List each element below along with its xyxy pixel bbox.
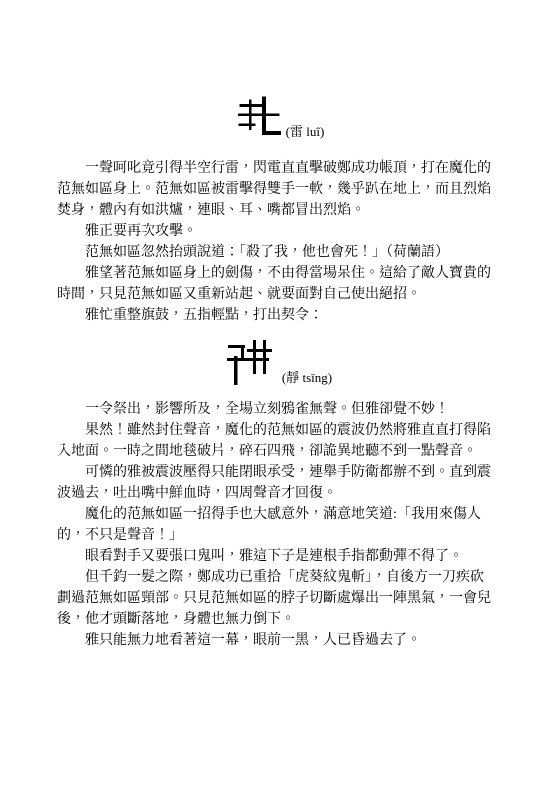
text-line: 魔化的范無如區一招得手也大感意外，滿意地笑道:「我用來傷人 [57,504,509,525]
silence-talisman-icon [227,338,279,386]
text-line: 眼看對手又要張口鬼叫，雅這下子是連根手指都動彈不得了。 [57,546,509,567]
text-line: 雅忙重整旗鼓，五指輕點，打出契令： [57,305,509,326]
text-line: 可憐的雅被震波壓得只能閉眼承受，連舉手防衛都辦不到。直到震 [57,462,509,483]
text-line: 後，他才頭斷落地，身體也無力倒下。 [57,609,509,630]
text-line: 雅只能無力地看著這一幕，眼前一黑，人已昏過去了。 [57,630,509,651]
text-line: 一聲呵叱竟引得半空行雷，閃電直直擊破鄭成功帳頂，打在魔化的 [57,158,509,179]
silence-talisman-caption: (靜 tsīng) [282,370,332,385]
paragraph-block-2: 一令祭出，影響所及，全場立刻鴉雀無聲。但雅卻覺不妙！果然！雖然封住聲音，魔化的范… [57,399,509,651]
text-line: 入地面。一時之間地毯破片，碎石四飛，卻詭異地聽不到一點聲音。 [57,441,509,462]
thunder-talisman-figure: (雷 luî) [0,0,559,140]
text-line: 劃過范無如區頸部。只見范無如區的脖子切斷處爆出一陣黑氣，一會兒 [57,588,509,609]
paragraph-block-1: 一聲呵叱竟引得半空行雷，閃電直直擊破鄭成功帳頂，打在魔化的范無如區身上。范無如區… [57,158,509,326]
thunder-talisman-caption: (雷 luî) [286,124,325,139]
text-line: 波過去，吐出嘴中鮮血時，四周聲音才回復。 [57,483,509,504]
text-line: 范無如區忽然抬頭說道：「殺了我，他也會死！」（荷蘭語） [57,242,509,263]
text-line: 的，不只是聲音！」 [57,525,509,546]
text-line: 時間，只見范無如區又重新站起、就要面對自己使出絕招。 [57,284,509,305]
text-line: 但千鈞一髮之際，鄭成功已重拾「虎葵紋鬼斬」，自後方一刀疾砍 [57,567,509,588]
text-line: 雅正要再次攻擊。 [57,221,509,242]
text-line: 一令祭出，影響所及，全場立刻鴉雀無聲。但雅卻覺不妙！ [57,399,509,420]
text-line: 果然！雖然封住聲音，魔化的范無如區的震波仍然將雅直直打得陷 [57,420,509,441]
text-line: 焚身，體內有如洪爐，連眼、耳、嘴都冒出烈焰。 [57,200,509,221]
thunder-talisman-icon [235,94,283,140]
document-page: (雷 luî) 一聲呵叱竟引得半空行雷，閃電直直擊破鄭成功帳頂，打在魔化的范無如… [0,0,559,794]
text-line: 范無如區身上。范無如區被雷擊得雙手一軟，幾乎趴在地上，而且烈焰 [57,179,509,200]
text-line: 雅望著范無如區身上的劍傷，不由得當場呆住。這給了敵人寶貴的 [57,263,509,284]
silence-talisman-figure: (靜 tsīng) [0,336,559,386]
